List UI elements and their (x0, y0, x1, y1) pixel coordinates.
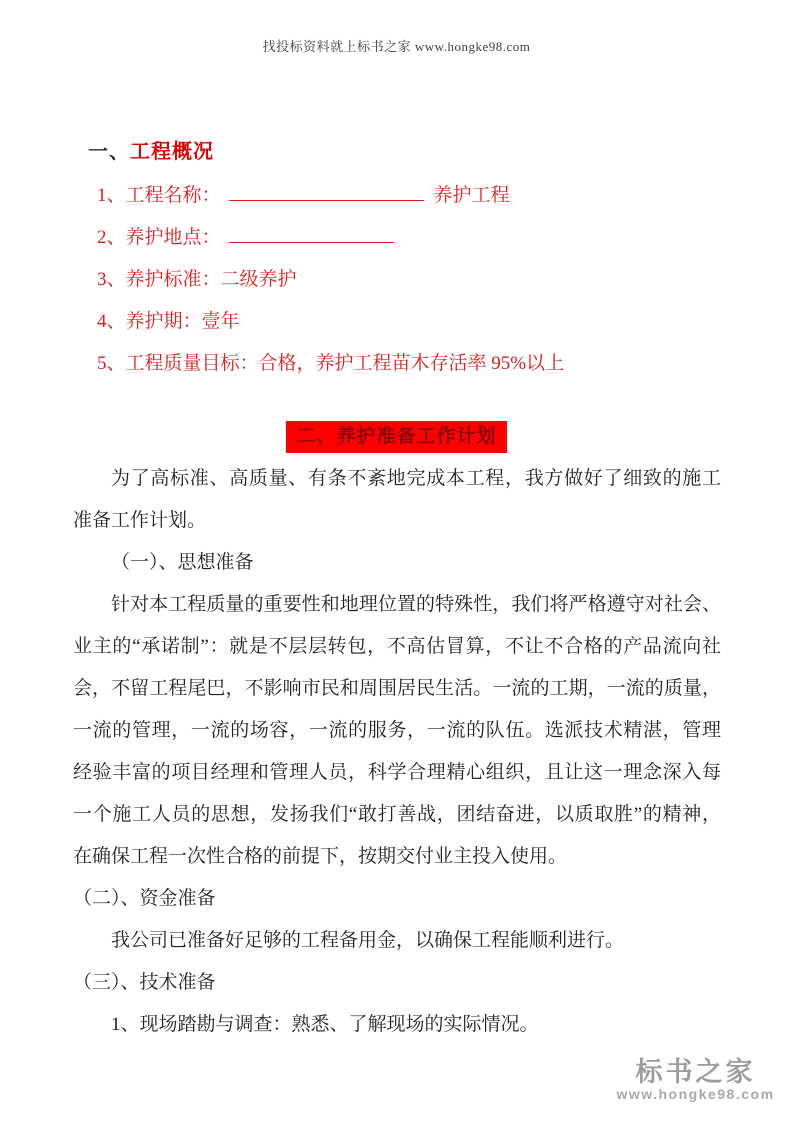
section2-heading-row: 二、养护准备工作计划 (0, 421, 793, 453)
maintenance-standard-item: 3、养护标准：二级养护 (97, 259, 737, 301)
body-line: 我公司已准备好足够的工程备用金，以确保工程能顺利进行。 (73, 920, 721, 962)
watermark-logo: 标书之家 (608, 1058, 783, 1086)
body-paragraphs: 为了高标准、高质量、有条不紊地完成本工程，我方做好了细致的施工 准备工作计划。 … (73, 458, 721, 1046)
document-page: 找投标资料就上标书之家 www.hongke98.com 一、工程概况 1、工程… (0, 0, 793, 1122)
maintenance-period-item: 4、养护期：壹年 (97, 301, 737, 343)
subsection-heading-tech-prep: （三）、技术准备 (73, 962, 721, 1004)
maintenance-location-item: 2、养护地点： (97, 217, 737, 259)
body-line: 会，不留工程尾巴，不影响市民和周围居民生活。一流的工期，一流的质量， (73, 668, 721, 710)
section2-heading-highlighted: 二、养护准备工作计划 (286, 421, 506, 453)
watermark-url: www.hongke98.com (608, 1086, 783, 1102)
section1-heading-number: 一、 (88, 141, 130, 163)
body-line: 一个施工人员的思想，发扬我们“敢打善战，团结奋进，以质取胜”的精神， (73, 794, 721, 836)
body-line: 为了高标准、高质量、有条不紊地完成本工程，我方做好了细致的施工 (73, 458, 721, 500)
section1-heading: 一、工程概况 (88, 135, 214, 164)
body-line: 针对本工程质量的重要性和地理位置的特殊性，我们将严格遵守对社会、 (73, 584, 721, 626)
page-header-note: 找投标资料就上标书之家 www.hongke98.com (0, 36, 793, 55)
subsection-heading-thought-prep: （一）、思想准备 (73, 542, 721, 584)
body-line: 1、现场踏勘与调查：熟悉、了解现场的实际情况。 (73, 1004, 721, 1046)
body-line: 在确保工程一次性合格的前提下，按期交付业主投入使用。 (73, 836, 721, 878)
body-line: 业主的“承诺制”：就是不层层转包，不高估冒算，不让不合格的产品流向社 (73, 626, 721, 668)
project-name-label: 1、工程名称： (97, 185, 221, 206)
project-name-blank-underline (229, 183, 424, 201)
watermark: 标书之家 www.hongke98.com (608, 1058, 783, 1102)
body-line: 一流的管理，一流的场容，一流的服务，一流的队伍。选派技术精湛，管理 (73, 710, 721, 752)
maintenance-location-blank-underline (229, 225, 394, 243)
body-line: 经验丰富的项目经理和管理人员，科学合理精心组织，且让这一理念深入每 (73, 752, 721, 794)
project-name-item: 1、工程名称：养护工程 (97, 175, 737, 217)
section1-heading-title: 工程概况 (130, 141, 214, 163)
project-name-suffix: 养护工程 (434, 185, 510, 206)
section1-item-list: 1、工程名称：养护工程 2、养护地点： 3、养护标准：二级养护 4、养护期：壹年… (97, 175, 737, 385)
subsection-heading-fund-prep: （二）、资金准备 (73, 878, 721, 920)
quality-target-item: 5、工程质量目标：合格，养护工程苗木存活率 95%以上 (97, 343, 737, 385)
maintenance-location-label: 2、养护地点： (97, 227, 221, 248)
body-line: 准备工作计划。 (73, 500, 721, 542)
